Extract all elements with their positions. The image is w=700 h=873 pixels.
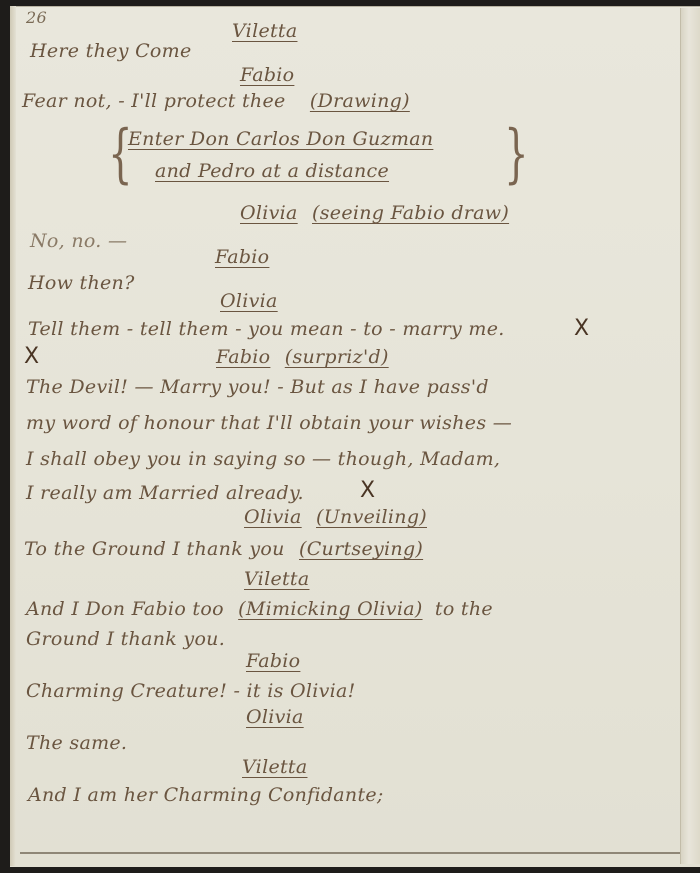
dialogue-line: Ground I thank you. (26, 628, 225, 650)
speaker-name: Fabio (246, 650, 300, 672)
speaker-name: Fabio (216, 346, 270, 368)
dialogue-line: Tell them - tell them - you mean - to - … (28, 318, 505, 340)
dialogue-line: How then? (28, 272, 135, 294)
speaker-line: Olivia (Unveiling) (244, 506, 427, 528)
dialogue-text: And I Don Fabio too (26, 598, 224, 620)
x-mark: X (574, 316, 589, 341)
speaker-name: Viletta (244, 568, 309, 590)
speaker-name: Olivia (220, 290, 278, 312)
dialogue-line: The same. (26, 732, 127, 754)
dialogue-text: to the (435, 598, 493, 620)
speaker-name: Fabio (215, 246, 269, 268)
dialogue-line: Charming Creature! - it is Olivia! (26, 680, 356, 702)
stage-direction-inline: (Mimicking Olivia) (238, 598, 422, 620)
binding-gutter (680, 8, 700, 864)
speaker-name: Olivia (244, 506, 302, 528)
speaker-name: Fabio (240, 64, 294, 86)
page-number: 26 (26, 8, 47, 27)
dialogue-line: I really am Married already. (26, 482, 304, 504)
speaker-name: Viletta (232, 20, 297, 42)
stage-direction-inline: (Drawing) (310, 90, 410, 112)
stage-direction: Enter Don Carlos Don Guzman (128, 128, 433, 150)
dialogue-line: And I Don Fabio too (Mimicking Olivia) t… (26, 598, 493, 620)
speaker-name: Viletta (242, 756, 307, 778)
dialogue-line: my word of honour that I'll obtain your … (26, 412, 512, 434)
stage-direction-inline: (Curtseying) (299, 538, 423, 560)
x-mark: X (24, 344, 39, 369)
stage-direction: and Pedro at a distance (155, 160, 389, 182)
x-mark: X (360, 478, 375, 503)
page-edge (10, 6, 16, 866)
dialogue-line: No, no. — (30, 230, 127, 252)
speaker-line: Fabio (surpriz'd) (216, 346, 389, 368)
dialogue-line: I shall obey you in saying so — though, … (26, 448, 500, 470)
dialogue-text: Fear not, - I'll protect thee (22, 90, 286, 112)
dialogue-line: Fear not, - I'll protect thee (Drawing) (22, 90, 410, 112)
speaker-name: Olivia (246, 706, 304, 728)
speaker-line: Olivia (seeing Fabio draw) (240, 202, 509, 224)
dialogue-text: To the Ground I thank you (24, 538, 285, 560)
right-brace: } (504, 122, 528, 186)
dialogue-line: To the Ground I thank you (Curtseying) (24, 538, 423, 560)
stage-direction-inline: (seeing Fabio draw) (312, 202, 509, 224)
stage-direction-inline: (surpriz'd) (285, 346, 389, 368)
dialogue-line: The Devil! — Marry you! - But as I have … (26, 376, 489, 398)
speaker-name: Olivia (240, 202, 298, 224)
stage-direction-inline: (Unveiling) (316, 506, 427, 528)
dialogue-line: Here they Come (30, 40, 192, 62)
bottom-rule (20, 852, 680, 854)
dialogue-line: And I am her Charming Confidante; (28, 784, 384, 806)
